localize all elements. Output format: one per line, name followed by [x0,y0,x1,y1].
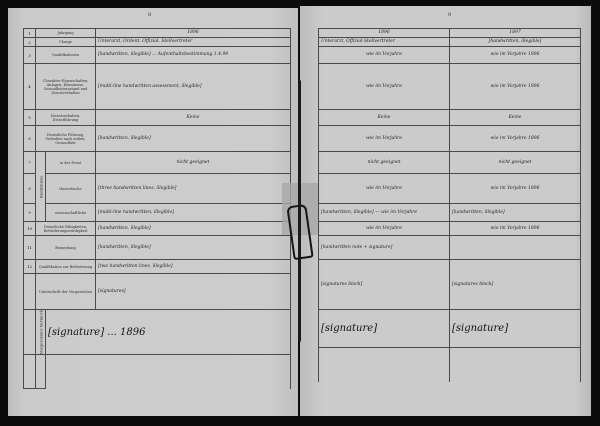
row-label: Qualifikation zur Beförderung [36,260,96,274]
row-value: [handwritten, illegible] [96,126,291,152]
cell: [handwritten, illegible] [450,204,581,222]
right-page: 9 1896 1897 Unterarzt, Offizial-Stellver… [300,6,591,416]
cell: wie im Vorjahre [319,222,450,236]
cell: wie im Vorjahre 1896 [450,47,581,64]
table-row: 8 theoretische [three handwritten lines,… [24,174,291,204]
row-value: [handwritten, illegible] [96,222,291,236]
row-label: Dienstliche Fähigkeiten, Beförderungswür… [36,222,96,236]
row-value: [multi-line handwritten, illegible] [96,204,291,222]
table-row: nicht geeignet nicht geeignet [319,152,581,174]
row-number: 12 [24,260,36,274]
row-label: wissenschaftliche [46,204,96,222]
cell: wie im Vorjahre 1896 [450,174,581,204]
table-row: 11 Bemerkung [handwritten, illegible] [24,236,291,260]
row-number: 9 [24,204,36,222]
row-label: theoretische [46,174,96,204]
cell: wie im Vorjahre 1896 [450,126,581,152]
group-label-kenntnisse: Kenntnisse [36,152,46,222]
table-row: 6 Dienstliche Führung, Verhalten nach au… [24,126,291,152]
cell: wie im Vorjahre [319,126,450,152]
cell: wie im Vorjahre [319,64,450,110]
table-row: Unterarzt, Offizial-Stellvertreter [hand… [319,38,581,47]
row-value: Keine [96,110,291,126]
cell: [signatures block] [450,260,581,310]
table-row: wie im Vorjahre wie im Vorjahre 1896 [319,222,581,236]
row-label: Charakter-Eigenschaften, Anlagen, Kenntn… [36,64,96,110]
signature: [signature] [450,310,581,348]
row-label: Jahrgang [36,29,96,38]
page-number: 8 [148,12,151,18]
blank-row [24,355,291,389]
row-value: [three handwritten lines, illegible] [96,174,291,204]
table-row: Vorgesetzter Vermerk [signature] ... 189… [24,310,291,355]
footer-side-label: Vorgesetzter Vermerk [36,310,46,355]
table-row: 3 Qualifikationen [handwritten, illegibl… [24,47,291,64]
row-value: 1896 [96,29,291,38]
row-value: [multi-line handwritten assessment, ille… [96,64,291,110]
column-header-1896: 1896 [319,29,450,38]
signature: [signature] ... 1896 [46,310,291,355]
table-row: wie im Vorjahre wie im Vorjahre 1896 [319,174,581,204]
table-row: [signatures block] [signatures block] [319,260,581,310]
table-row: 2 Charge Unterarzt, Ordent. Offizial. St… [24,38,291,47]
table-row: [handwritten note + signature] [319,236,581,260]
column-header-1897: 1897 [450,29,581,38]
row-number: 4 [24,64,36,110]
cell: [signatures block] [319,260,450,310]
cell: Unterarzt, Offizial-Stellvertreter [319,38,450,47]
qualification-table-left: 1 Jahrgang 1896 2 Charge Unterarzt, Orde… [23,28,291,389]
cell: Keine [319,110,450,126]
row-value: [handwritten, illegible] [96,236,291,260]
blank-row [319,348,581,382]
row-number: 5 [24,110,36,126]
table-row: wie im Vorjahre wie im Vorjahre 1896 [319,47,581,64]
signature: [signature] [319,310,450,348]
row-value: [signatures] [96,274,291,310]
table-row: 1896 1897 [319,29,581,38]
row-value: Unterarzt, Ordent. Offizial. Stellvertre… [96,38,291,47]
row-label: Qualifikationen [36,47,96,64]
row-value: [two handwritten lines, illegible] [96,260,291,274]
cell [450,236,581,260]
row-number: 11 [24,236,36,260]
cell: [handwritten note + signature] [319,236,450,260]
row-number: 10 [24,222,36,236]
row-label: Dienstliche Führung, Verhalten nach auße… [36,126,96,152]
row-label: Bemerkung [36,236,96,260]
table-row: 7 Kenntnisse in der Front nicht geeignet [24,152,291,174]
row-label: Charge [36,38,96,47]
qualification-table-right: 1896 1897 Unterarzt, Offizial-Stellvertr… [318,28,581,382]
row-label: in der Front [46,152,96,174]
cell: wie im Vorjahre [319,47,450,64]
table-row: wie im Vorjahre wie im Vorjahre 1896 [319,126,581,152]
table-row: 12 Qualifikation zur Beförderung [two ha… [24,260,291,274]
row-value: nicht geeignet [96,152,291,174]
cell: nicht geeignet [450,152,581,174]
table-row: [signature] [signature] [319,310,581,348]
row-label: Unterschrift der Vorgesetzten [36,274,96,310]
row-number: 3 [24,47,36,64]
left-page: 8 1 Jahrgang 1896 2 Charge Unterarzt, Or… [8,8,298,416]
row-number: 2 [24,38,36,47]
cell: [handwritten, illegible] — wie im Vorjah… [319,204,450,222]
table-row: 1 Jahrgang 1896 [24,29,291,38]
cell: [handwritten, illegible] [450,38,581,47]
table-row: [handwritten, illegible] — wie im Vorjah… [319,204,581,222]
table-row: 4 Charakter-Eigenschaften, Anlagen, Kenn… [24,64,291,110]
row-label: Dienstverhalten, Dienstführung [36,110,96,126]
row-number [24,310,36,355]
cell: nicht geeignet [319,152,450,174]
cell: Keine [450,110,581,126]
page-number: 9 [448,12,451,18]
row-number: 7 [24,152,36,174]
cell: wie im Vorjahre [319,174,450,204]
cell: wie im Vorjahre 1896 [450,222,581,236]
cell: wie im Vorjahre 1896 [450,64,581,110]
table-row: Unterschrift der Vorgesetzten [signature… [24,274,291,310]
row-number: 8 [24,174,36,204]
row-number: 6 [24,126,36,152]
table-row: Keine Keine [319,110,581,126]
table-row: wie im Vorjahre wie im Vorjahre 1896 [319,64,581,110]
row-number [24,274,36,310]
table-row: 5 Dienstverhalten, Dienstführung Keine [24,110,291,126]
row-number: 1 [24,29,36,38]
row-value: [handwritten, illegible] ... Aufenthalts… [96,47,291,64]
table-row: 10 Dienstliche Fähigkeiten, Beförderungs… [24,222,291,236]
table-row: 9 wissenschaftliche [multi-line handwrit… [24,204,291,222]
